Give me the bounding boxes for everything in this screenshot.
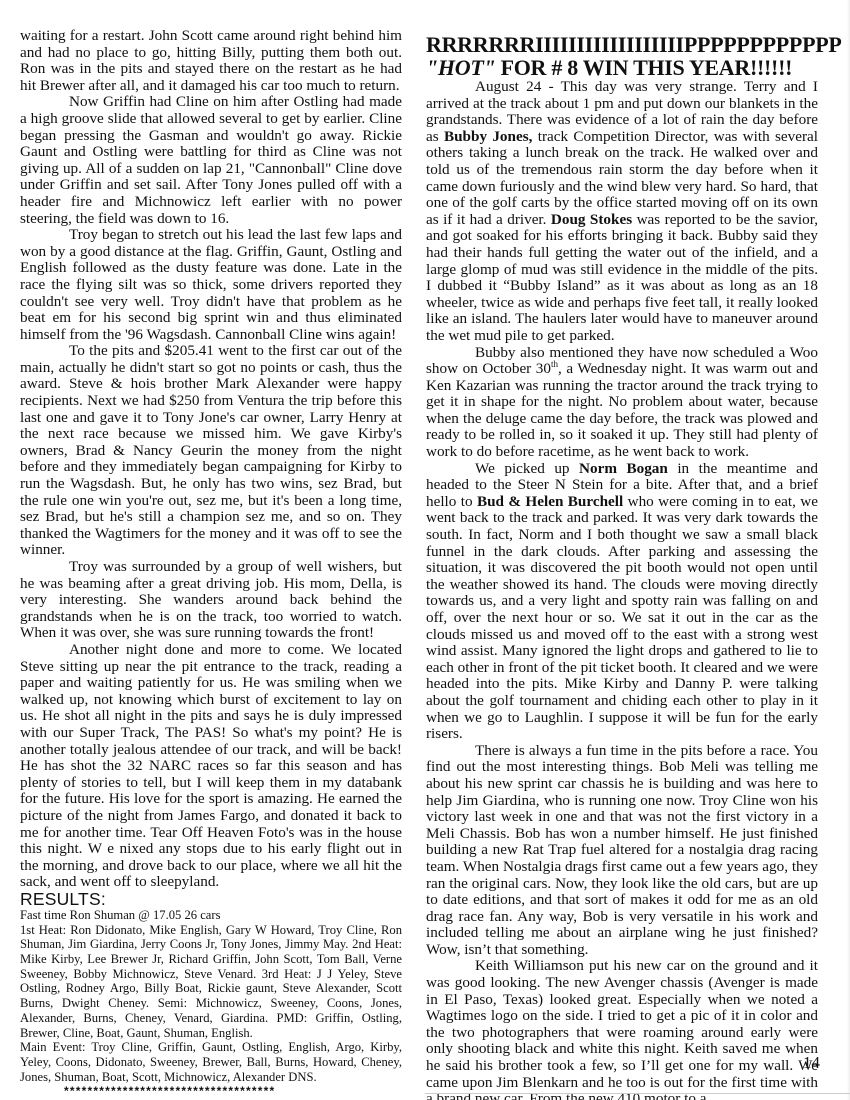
paragraph-steve: Another night done and more to come. We … bbox=[20, 642, 402, 891]
headline-line1: RRRRRRRIIIIIIIIIIIIIIIIIIPPPPPPPPPPPP bbox=[426, 32, 841, 57]
results-heading: RESULTS: bbox=[20, 891, 402, 908]
paragraph-keith-williamson: Keith Williamson put his new car on the … bbox=[426, 958, 818, 1100]
fast-time: Fast time Ron Shuman @ 17.05 26 cars bbox=[20, 908, 402, 923]
section-divider: ************************************ bbox=[64, 1084, 402, 1099]
paragraph-restart: waiting for a restart. John Scott came a… bbox=[20, 28, 402, 94]
scan-bottom-edge bbox=[425, 1093, 850, 1094]
paragraph-pits-award: To the pits and $205.41 went to the firs… bbox=[20, 343, 402, 559]
headline-hot: "HOT" bbox=[426, 55, 495, 80]
name-norm-bogan: Norm Bogan bbox=[579, 460, 668, 477]
paragraph-bob-meli: There is always a fun time in the pits b… bbox=[426, 743, 818, 959]
page-number: 14 bbox=[803, 1053, 820, 1073]
name-burchells: Bud & Helen Burchell bbox=[477, 493, 623, 510]
main-event-results: Main Event: Troy Cline, Griffin, Gaunt, … bbox=[20, 1040, 402, 1084]
paragraph-well-wishers: Troy was surrounded by a group of well w… bbox=[20, 559, 402, 642]
right-column: RRRRRRRIIIIIIIIIIIIIIIIIIPPPPPPPPPPPP "H… bbox=[426, 33, 818, 1100]
paragraph-woo-show: Bubby also mentioned they have now sched… bbox=[426, 345, 818, 461]
name-doug-stokes: Doug Stokes bbox=[551, 211, 632, 228]
paragraph-august-24: August 24 - This day was very strange. T… bbox=[426, 79, 818, 345]
name-bubby-jones: Bubby Jones, bbox=[444, 128, 532, 145]
paragraph-troy-lead: Troy began to stretch out his lead the l… bbox=[20, 227, 402, 343]
results-section: RESULTS: Fast time Ron Shuman @ 17.05 26… bbox=[20, 891, 402, 1099]
paragraph-norm-bogan: We picked up Norm Bogan in the meantime … bbox=[426, 461, 818, 743]
paragraph-griffin-cline: Now Griffin had Cline on him after Ostli… bbox=[20, 94, 402, 227]
article-headline: RRRRRRRIIIIIIIIIIIIIIIIIIPPPPPPPPPPPP "H… bbox=[426, 33, 818, 79]
headline-line2: FOR # 8 WIN THIS YEAR!!!!!! bbox=[495, 55, 792, 80]
heat-results: 1st Heat: Ron Didonato, Mike English, Ga… bbox=[20, 923, 402, 1041]
left-column: waiting for a restart. John Scott came a… bbox=[20, 28, 402, 1099]
